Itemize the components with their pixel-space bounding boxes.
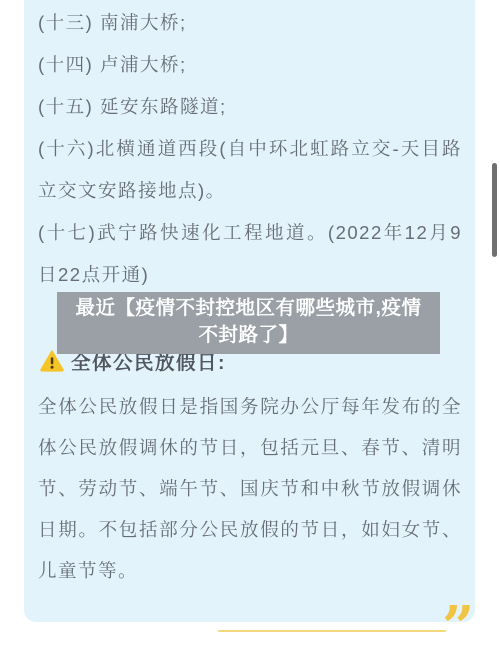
scrollbar-thumb[interactable] (492, 163, 497, 257)
notice-paragraph: 全体公民放假日是指国务院办公厅每年发布的全体公民放假调休的节日，包括元旦、春节、… (38, 386, 462, 591)
article-page: (十三) 南浦大桥; (十四) 卢浦大桥; (十五) 延安东路隧道; (十六)北… (0, 0, 500, 645)
list-item: (十五) 延安东路隧道; (38, 86, 462, 128)
list-item: (十七)武宁路快速化工程地道。(2022年12月9日22点开通) (38, 212, 462, 296)
list-item: (十四) 卢浦大桥; (38, 44, 462, 86)
footer-divider-line (218, 630, 446, 632)
numbered-list: (十三) 南浦大桥; (十四) 卢浦大桥; (十五) 延安东路隧道; (十六)北… (38, 2, 462, 296)
list-item: (十六)北横通道西段(自中环北虹路立交-天目路立交文安路接地点)。 (38, 128, 462, 212)
floating-title-overlay[interactable]: 最近【疫情不封控地区有哪些城市,疫情不封路了】 (57, 292, 440, 354)
list-item: (十三) 南浦大桥; (38, 2, 462, 44)
closing-quote-mark: ” (442, 612, 474, 643)
